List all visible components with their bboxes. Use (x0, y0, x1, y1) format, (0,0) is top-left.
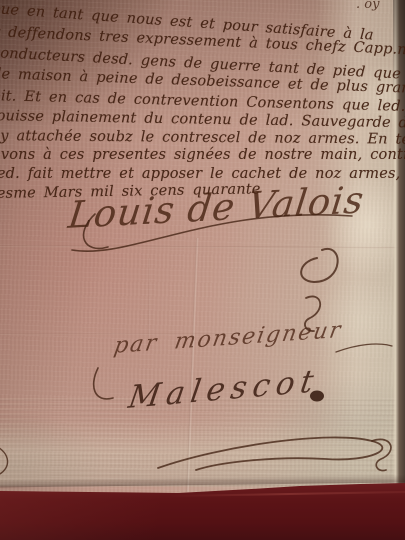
manuscript-line-fragment: . oy (356, 0, 379, 12)
paper-light-area (0, 0, 405, 540)
bottom-left-curl-stroke (0, 446, 8, 475)
grand-flourish-right-curl (372, 439, 391, 470)
paper-crease-vertical (186, 238, 199, 492)
signature-sweep-flourish (72, 215, 352, 251)
frame-mat-bottom (0, 480, 405, 540)
paraph-lower-curl (305, 296, 320, 331)
paper-grain-texture (0, 0, 405, 540)
manuscript-line: avons à ces presentes signées de nostre … (0, 147, 405, 163)
manuscript-line: y deffendons tres expressement à tous ch… (0, 24, 405, 61)
paper-crease-vertical-faint (148, 258, 150, 348)
paper-tone (0, 0, 405, 540)
paper-crease-horizontal (0, 245, 405, 249)
paper-right-edge-shadow (393, 0, 405, 488)
manuscript-photo: . oy oue en tant que nous est et pour sa… (0, 0, 405, 540)
paper-crease-horizontal-faint (0, 333, 240, 335)
byline-tail-stroke (336, 344, 392, 352)
pen-flourishes (0, 0, 405, 540)
manuscript-line: oue en tant que nous est et pour satisfa… (0, 1, 374, 44)
signature-secretary: Malescot (126, 363, 322, 416)
paper-bottom-band (0, 0, 405, 540)
manuscript-line: jouisse plainement du contenu de lad. Sa… (0, 108, 405, 131)
grand-underline-flourish (158, 437, 382, 470)
manuscript-line: iesme Mars mil six cens quarante (0, 181, 261, 202)
paper-fiber-texture (0, 398, 405, 488)
secretary-lead-stroke (94, 368, 113, 399)
ink-blot (310, 391, 324, 402)
paraph-upper-loop (301, 249, 337, 282)
signature-principal: Louis de Valois (66, 178, 367, 237)
manuscript-line: led. fait mettre et apposer le cachet de… (0, 166, 405, 182)
manuscript-line: oit. Et en cas de contrevention Consento… (0, 88, 405, 115)
manuscript-line: de maison à peine de desobeissance et de… (0, 66, 405, 97)
paper-stains (0, 0, 405, 540)
manuscript-line: conducteurs desd. gens de guerre tant de… (0, 45, 405, 87)
signature-l-loop-flourish (84, 214, 108, 248)
manuscript-line: cy attachée soubz le contrescel de noz a… (0, 128, 405, 148)
shadow-vignette (0, 0, 405, 540)
byline-par-monseigneur: par monseigneur (112, 318, 344, 359)
mat-seam-highlight (170, 491, 405, 497)
